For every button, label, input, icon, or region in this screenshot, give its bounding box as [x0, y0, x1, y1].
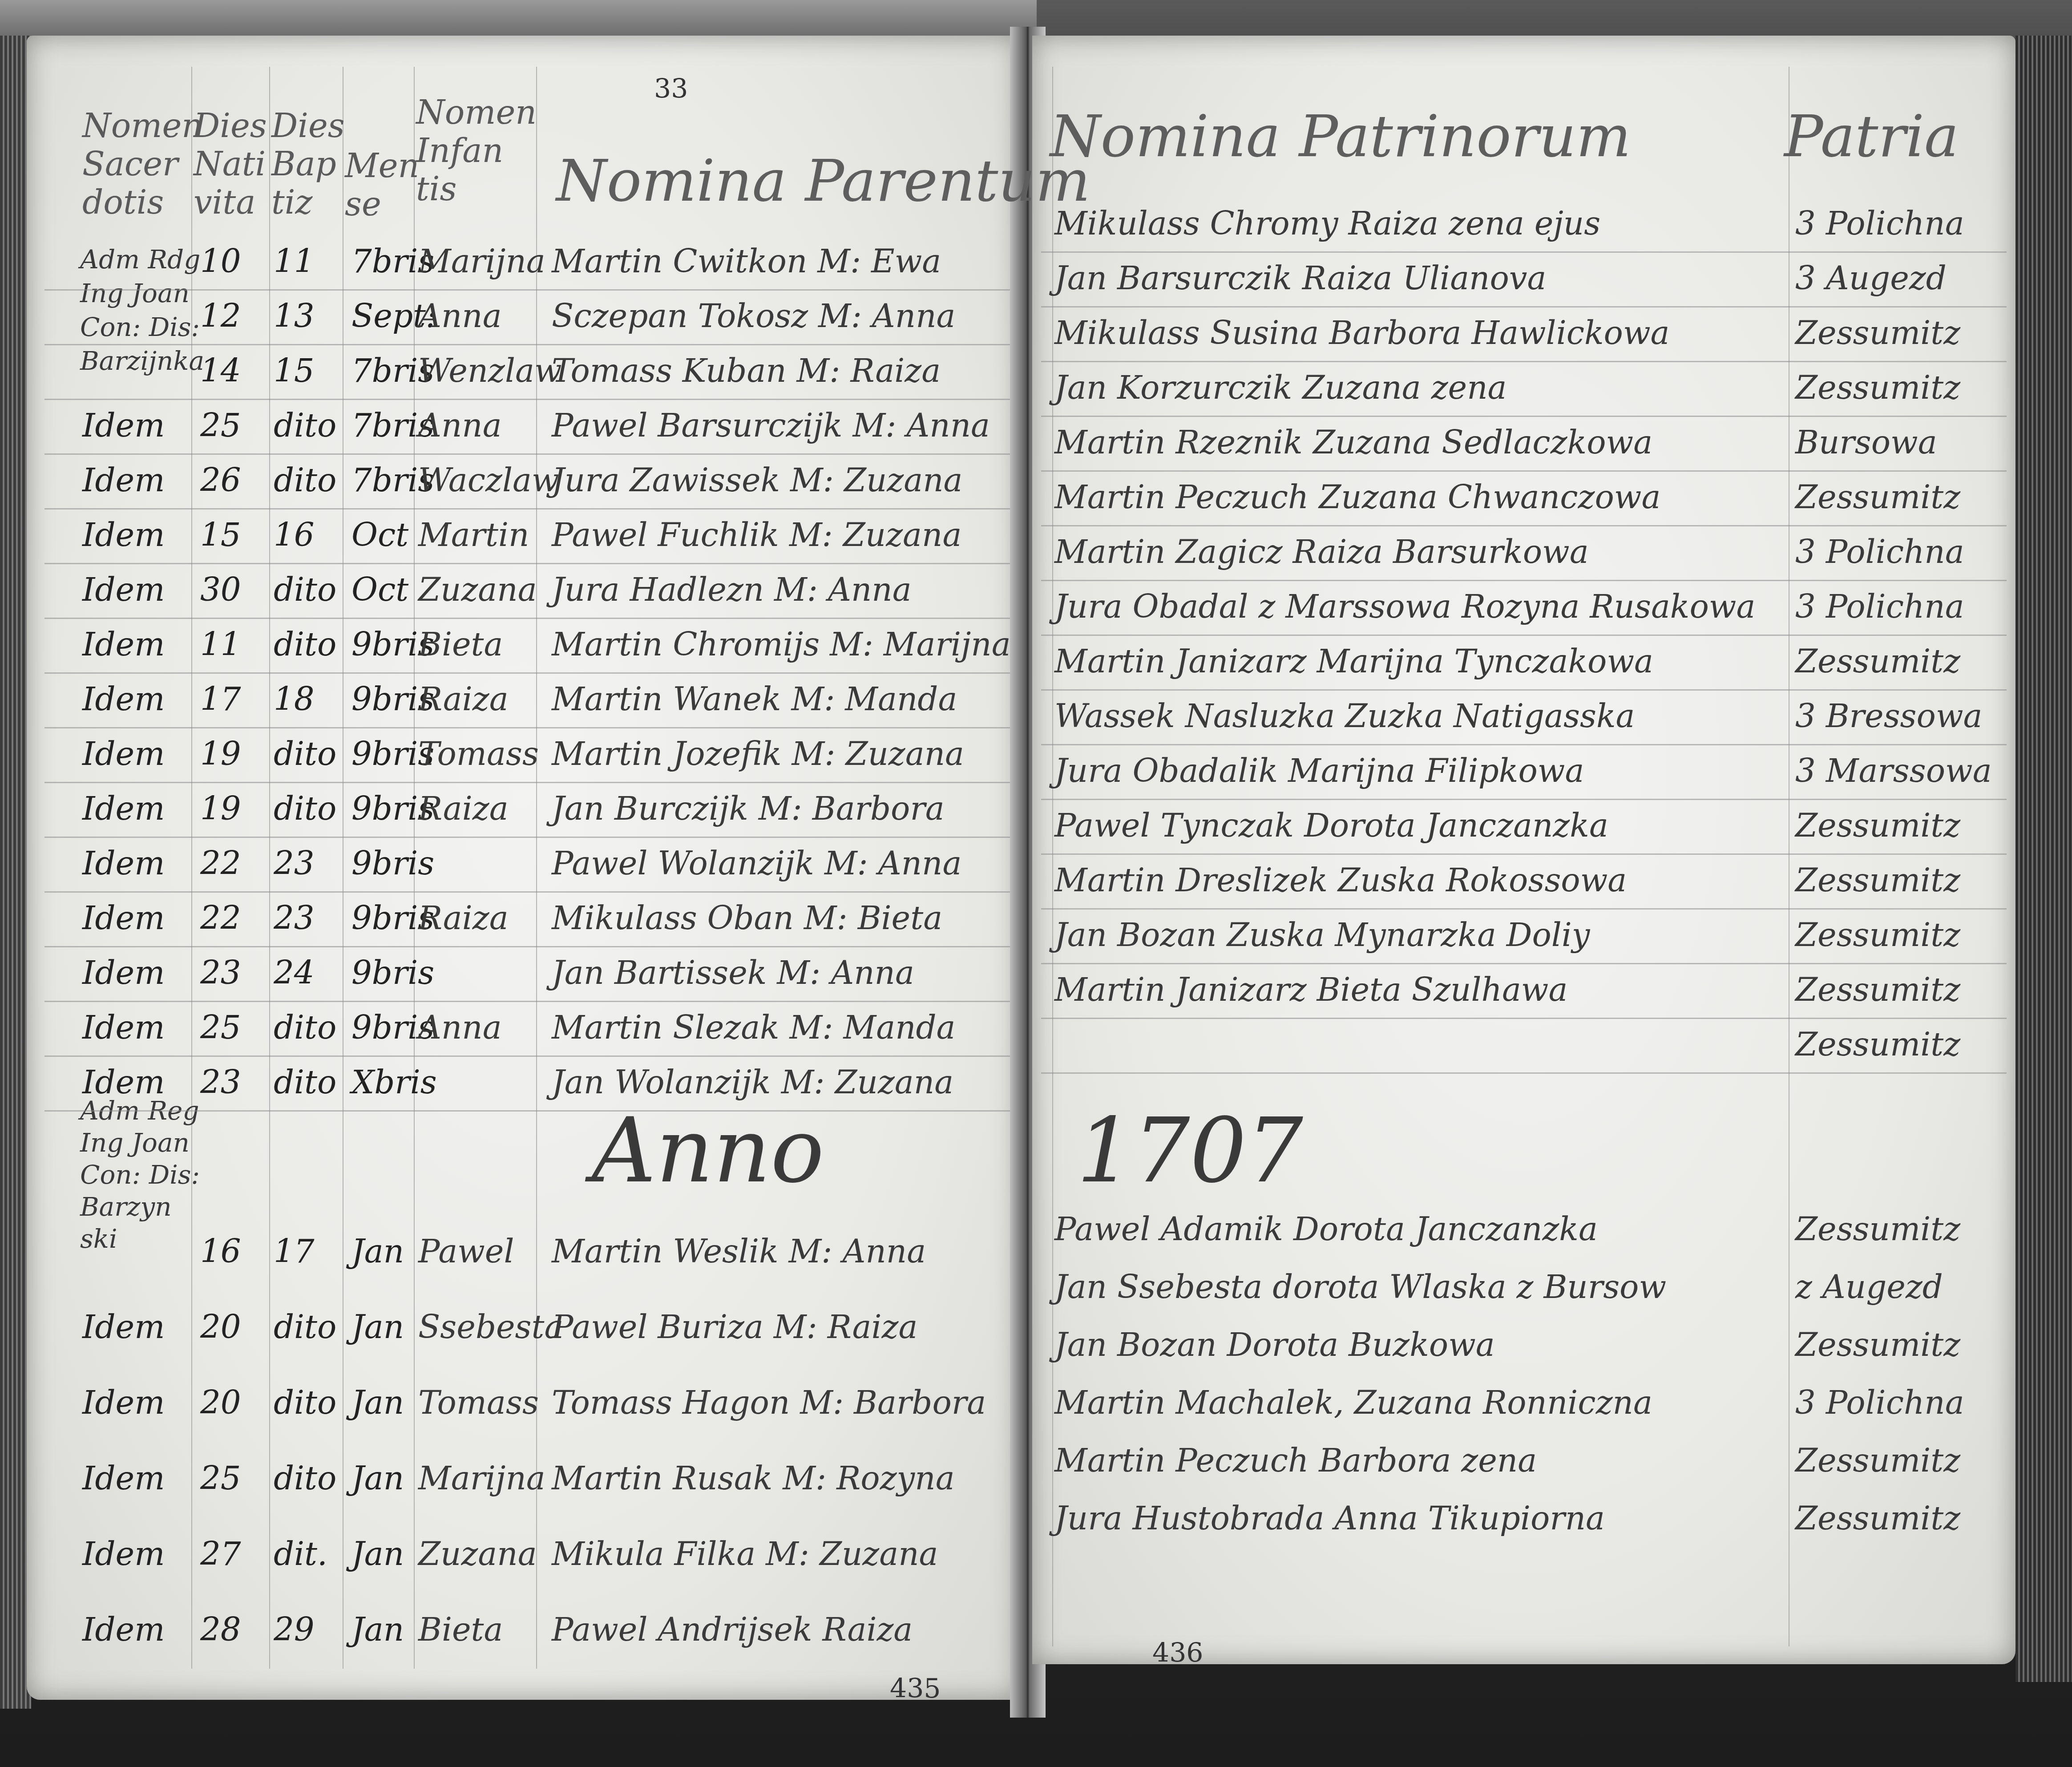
cell-dies-nati: 15 [200, 516, 241, 554]
row-rule [1041, 251, 2007, 253]
cell-patria: Zessumitz [1795, 369, 1960, 406]
row-rule [1041, 853, 2007, 855]
cell-dies-bapt: dit. [274, 1535, 327, 1573]
cell-patrini: Martin Peczuch Zuzana Chwanczowa [1054, 478, 1660, 516]
row-rule [1041, 306, 2007, 307]
cell-parents: Martin Weslik M: Anna [552, 1233, 926, 1270]
header-patria: Patria [1784, 102, 1959, 170]
cell-mensis: Jan [351, 1535, 404, 1573]
cell-mensis: Oct [351, 571, 408, 608]
cell-infans: Ssebesta [418, 1308, 563, 1346]
cell-dies-bapt: 18 [274, 680, 315, 718]
cell-parents: Jan Wolanzijk M: Zuzana [552, 1063, 953, 1101]
cell-priest: Idem [82, 954, 165, 991]
cell-dies-bapt: 23 [274, 899, 315, 937]
row-rule [1041, 689, 2007, 691]
cell-patrini: Martin Janizarz Bieta Szulhawa [1054, 971, 1567, 1008]
cell-infans: Raiza [418, 790, 509, 827]
cell-dies-bapt: 11 [274, 243, 315, 280]
cell-patria: 3 Augezd [1795, 259, 1947, 297]
cell-infans: Martin [418, 516, 529, 554]
row-rule [44, 399, 1010, 400]
cell-patrini: Jura Obadal z Marssowa Rozyna Rusakowa [1054, 588, 1755, 625]
cell-infans: Waczlaw [418, 461, 559, 499]
cell-infans: Marijna [418, 1460, 545, 1497]
cell-patrini: Martin Peczuch Barbora zena [1054, 1442, 1537, 1479]
cell-dies-nati: 10 [200, 243, 241, 280]
cell-patrini: Jura Hustobrada Anna Tikupiorna [1054, 1500, 1605, 1537]
cell-infans: Anna [418, 297, 502, 335]
header-dies-nati: Dies Nati vita [194, 107, 267, 222]
cell-infans: Raiza [418, 680, 509, 718]
row-rule [1041, 361, 2007, 362]
cell-priest: Idem [82, 407, 165, 444]
header-nomina-parentum: Nomina Parentum [556, 147, 1091, 214]
cell-parents: Martin Slezak M: Manda [552, 1009, 956, 1046]
cell-dies-bapt: dito [274, 571, 336, 608]
cell-patrini: Pawel Tynczak Dorota Janczanzka [1054, 807, 1608, 844]
row-rule [44, 453, 1010, 455]
cell-dies-nati: 12 [200, 297, 241, 335]
cell-dies-nati: 11 [200, 626, 241, 663]
header-nomen-infantis: Nomen Infan tis [416, 93, 537, 208]
cell-dies-nati: 28 [200, 1611, 241, 1648]
cell-priest: Idem [82, 845, 165, 882]
cell-parents: Martin Jozefik M: Zuzana [552, 735, 964, 772]
cell-mensis: Jan [351, 1384, 404, 1421]
cell-patrini: Martin Zagicz Raiza Barsurkowa [1054, 533, 1589, 570]
cell-parents: Pawel Andrijsek Raiza [552, 1611, 913, 1648]
cell-priest: Idem [82, 571, 165, 608]
row-rule [44, 1055, 1010, 1057]
cell-parents: Jan Bartissek M: Anna [552, 954, 914, 991]
cell-patria: z Augezd [1795, 1268, 1943, 1306]
row-rule [44, 946, 1010, 947]
row-rule [1041, 580, 2007, 581]
cell-mensis: Xbris [351, 1063, 437, 1101]
cell-dies-bapt: dito [274, 790, 336, 827]
cell-mensis: Jan [351, 1611, 404, 1648]
note-line: Ing Joan [80, 1127, 200, 1159]
header-priest: Nomen Sacer dotis [82, 107, 203, 222]
cell-parents: Tomass Hagon M: Barbora [552, 1384, 986, 1421]
cell-dies-nati: 19 [200, 735, 241, 772]
cell-patrini: Jan Ssebesta dorota Wlaska z Bursow [1054, 1268, 1666, 1306]
cell-priest: Idem [82, 1460, 165, 1497]
row-rule [44, 618, 1010, 619]
header-line: se [345, 185, 419, 223]
cell-parents: Jura Zawissek M: Zuzana [552, 461, 963, 499]
cell-patrini: Martin Machalek, Zuzana Ronniczna [1054, 1384, 1652, 1421]
folio-number-bottom: 435 [890, 1673, 941, 1704]
note-line: ski [80, 1223, 200, 1255]
cell-patrini: Mikulass Chromy Raiza zena ejus [1054, 205, 1600, 242]
cell-infans: Bieta [418, 626, 503, 663]
header-line: vita [194, 183, 267, 222]
cell-parents: Pawel Wolanzijk M: Anna [552, 845, 961, 882]
cell-infans: Zuzana [418, 571, 537, 608]
cell-patria: Zessumitz [1795, 916, 1960, 954]
cell-patrini: Jura Obadalik Marijna Filipkowa [1054, 752, 1584, 789]
header-line: Nomen [416, 93, 537, 132]
cell-dies-nati: 16 [200, 1233, 241, 1270]
row-rule [44, 727, 1010, 728]
note-line: Barzijnka [80, 344, 204, 378]
cell-patrini: Martin Janizarz Marijna Tynczakowa [1054, 643, 1653, 680]
cell-dies-bapt: 15 [274, 352, 315, 389]
cell-infans: Pawel [418, 1233, 514, 1270]
column-rule [343, 67, 343, 1669]
row-rule [1041, 908, 2007, 910]
header-line: Dies [271, 107, 345, 145]
cell-parents: Martin Cwitkon M: Ewa [552, 243, 941, 280]
cell-priest: Idem [82, 1384, 165, 1421]
cell-patrini: Pawel Adamik Dorota Janczanzka [1054, 1210, 1598, 1248]
cell-patria: 3 Polichna [1795, 533, 1964, 570]
cell-dies-nati: 19 [200, 790, 241, 827]
header-line: Nati [194, 145, 267, 183]
cell-patria: Zessumitz [1795, 1326, 1960, 1363]
cell-patrini: Jan Barsurczik Raiza Ulianova [1054, 259, 1546, 297]
cell-dies-nati: 23 [200, 1063, 241, 1101]
cell-priest: Idem [82, 1063, 165, 1101]
cell-mensis: 9bris [351, 845, 434, 882]
cell-infans: Tomass [418, 735, 539, 772]
cell-parents: Tomass Kuban M: Raiza [552, 352, 941, 389]
cell-dies-bapt: dito [274, 461, 336, 499]
cell-dies-bapt: 24 [274, 954, 315, 991]
cell-dies-bapt: dito [274, 735, 336, 772]
cell-mensis: Jan [351, 1233, 404, 1270]
row-rule [1041, 744, 2007, 745]
cell-priest: Idem [82, 626, 165, 663]
page-edges-right [2015, 36, 2072, 1682]
cell-patria: 3 Polichna [1795, 588, 1964, 625]
cell-priest: Idem [82, 735, 165, 772]
cell-priest: Idem [82, 790, 165, 827]
cell-dies-nati: 20 [200, 1384, 241, 1421]
cell-dies-bapt: dito [274, 1009, 336, 1046]
cell-patrini: Wassek Nasluzka Zuzka Natigasska [1054, 697, 1635, 735]
cell-dies-bapt: dito [274, 1460, 336, 1497]
folio-number-top: 33 [654, 73, 688, 105]
cell-dies-bapt: 29 [274, 1611, 315, 1648]
row-rule [1041, 416, 2007, 417]
cell-patria: Zessumitz [1795, 1500, 1960, 1537]
cell-mensis: Oct [351, 516, 408, 554]
column-rule [269, 67, 270, 1669]
cell-parents: Mikula Filka M: Zuzana [552, 1535, 938, 1573]
cell-dies-bapt: dito [274, 1308, 336, 1346]
cell-dies-nati: 25 [200, 1460, 241, 1497]
cell-patrini: Jan Bozan Zuska Mynarzka Doliy [1054, 916, 1590, 954]
header-nomina-patrinorum: Nomina Patrinorum [1050, 102, 1631, 170]
cell-dies-nati: 14 [200, 352, 241, 389]
cell-dies-nati: 26 [200, 461, 241, 499]
cell-priest: Idem [82, 516, 165, 554]
cell-patria: Zessumitz [1795, 1210, 1960, 1248]
cell-parents: Pawel Fuchlik M: Zuzana [552, 516, 961, 554]
folio-number-bottom: 436 [1152, 1638, 1204, 1669]
header-line: Bap [271, 145, 345, 183]
header-line: tiz [271, 183, 345, 222]
header-line: Sacer [82, 145, 203, 183]
row-rule [44, 289, 1010, 291]
cell-parents: Mikulass Oban M: Bieta [552, 899, 942, 937]
row-rule [1041, 963, 2007, 964]
note-line: Ing Joan [80, 276, 204, 310]
cell-parents: Jan Burczijk M: Barbora [552, 790, 945, 827]
column-rule [1052, 67, 1053, 1646]
note-line: Con: Dis: [80, 310, 204, 344]
cell-dies-bapt: 16 [274, 516, 315, 554]
cell-parents: Martin Chromijs M: Marijna [552, 626, 1011, 663]
cell-dies-nati: 25 [200, 1009, 241, 1046]
cell-priest: Idem [82, 1308, 165, 1346]
cell-dies-nati: 27 [200, 1535, 241, 1573]
cell-dies-bapt: dito [274, 626, 336, 663]
cell-dies-nati: 30 [200, 571, 241, 608]
cell-parents: Pawel Barsurczijk M: Anna [552, 407, 990, 444]
cell-patria: Zessumitz [1795, 314, 1960, 352]
header-line: Dies [194, 107, 267, 145]
anno-heading: Anno [592, 1099, 824, 1203]
cell-parents: Jura Hadlezn M: Anna [552, 571, 912, 608]
cell-patrini: Martin Rzeznik Zuzana Sedlaczkowa [1054, 424, 1652, 461]
cell-patrini: Mikulass Susina Barbora Hawlickowa [1054, 314, 1670, 352]
cell-infans: Marijna [418, 243, 545, 280]
priest-note: Adm Reg Ing Joan Con: Dis: Barzyn ski [80, 1095, 200, 1255]
cell-dies-nati: 20 [200, 1308, 241, 1346]
note-line: Con: Dis: [80, 1159, 200, 1191]
year-heading: 1707 [1077, 1099, 1303, 1203]
header-line: Nomen [82, 107, 203, 145]
cell-infans: Zuzana [418, 1535, 537, 1573]
cell-priest: Idem [82, 899, 165, 937]
book-cover-top [0, 0, 1037, 36]
cell-patria: Zessumitz [1795, 478, 1960, 516]
column-rule [536, 67, 537, 1669]
header-line: Men [345, 147, 419, 185]
cell-priest: Idem [82, 1009, 165, 1046]
cell-mensis: 9bris [351, 954, 434, 991]
priest-note: Adm Rdg Ing Joan Con: Dis: Barzijnka [80, 243, 204, 378]
row-rule [44, 344, 1010, 345]
cell-infans: Tomass [418, 1384, 539, 1421]
cell-parents: Pawel Buriza M: Raiza [552, 1308, 917, 1346]
header-mensis: Men se [345, 147, 419, 223]
row-rule [1041, 470, 2007, 472]
cell-infans: Wenzlaw [418, 352, 562, 389]
row-rule [44, 508, 1010, 509]
row-rule [44, 1110, 1010, 1112]
header-line: tis [416, 170, 537, 208]
cell-patria: Zessumitz [1795, 861, 1960, 899]
row-rule [44, 563, 1010, 564]
cell-priest: Idem [82, 1611, 165, 1648]
header-dies-bapt: Dies Bap tiz [271, 107, 345, 222]
cell-patria: 3 Bressowa [1795, 697, 1982, 735]
row-rule [1041, 799, 2007, 800]
cell-infans: Anna [418, 407, 502, 444]
cell-patria: 3 Marssowa [1795, 752, 1992, 789]
cell-dies-bapt: 17 [274, 1233, 315, 1270]
cell-dies-nati: 22 [200, 899, 241, 937]
cell-patria: 3 Polichna [1795, 1384, 1964, 1421]
cell-priest: Idem [82, 680, 165, 718]
cell-patria: Bursowa [1795, 424, 1937, 461]
row-rule [44, 672, 1010, 674]
cell-infans: Bieta [418, 1611, 503, 1648]
cell-patria: Zessumitz [1795, 643, 1960, 680]
cell-priest: Idem [82, 461, 165, 499]
cell-dies-nati: 22 [200, 845, 241, 882]
note-line: Adm Rdg [80, 243, 204, 276]
cell-dies-bapt: dito [274, 1384, 336, 1421]
header-line: dotis [82, 183, 203, 222]
cell-dies-nati: 25 [200, 407, 241, 444]
cell-dies-bapt: dito [274, 407, 336, 444]
cell-patrini: Martin Dreslizek Zuska Rokossowa [1054, 861, 1627, 899]
cell-dies-bapt: 23 [274, 845, 315, 882]
cell-priest: Idem [82, 1535, 165, 1573]
cell-infans: Raiza [418, 899, 509, 937]
cell-dies-bapt: 13 [274, 297, 315, 335]
cell-patria: Zessumitz [1795, 971, 1960, 1008]
row-rule [44, 837, 1010, 838]
row-rule [44, 782, 1010, 783]
cell-parents: Martin Rusak M: Rozyna [552, 1460, 955, 1497]
cell-dies-nati: 17 [200, 680, 241, 718]
cell-patria: Zessumitz [1795, 1442, 1960, 1479]
cell-infans: Anna [418, 1009, 502, 1046]
cell-patria: 3 Polichna [1795, 205, 1964, 242]
cell-dies-nati: 23 [200, 954, 241, 991]
cell-patria: Zessumitz [1795, 807, 1960, 844]
cell-patria: Zessumitz [1795, 1026, 1960, 1063]
cell-mensis: Jan [351, 1308, 404, 1346]
cell-parents: Martin Wanek M: Manda [552, 680, 957, 718]
cell-mensis: Jan [351, 1460, 404, 1497]
row-rule [44, 1001, 1010, 1002]
column-rule [1789, 67, 1789, 1646]
cell-parents: Sczepan Tokosz M: Anna [552, 297, 956, 335]
cell-patrini: Jan Bozan Dorota Buzkowa [1054, 1326, 1495, 1363]
cell-dies-bapt: dito [274, 1063, 336, 1101]
header-line: Infan [416, 132, 537, 170]
row-rule [1041, 635, 2007, 636]
row-rule [1041, 525, 2007, 526]
row-rule [1041, 1072, 2007, 1074]
row-rule [44, 891, 1010, 893]
row-rule [1041, 1018, 2007, 1019]
note-line: Barzyn [80, 1191, 200, 1223]
cell-patrini: Jan Korzurczik Zuzana zena [1054, 369, 1507, 406]
